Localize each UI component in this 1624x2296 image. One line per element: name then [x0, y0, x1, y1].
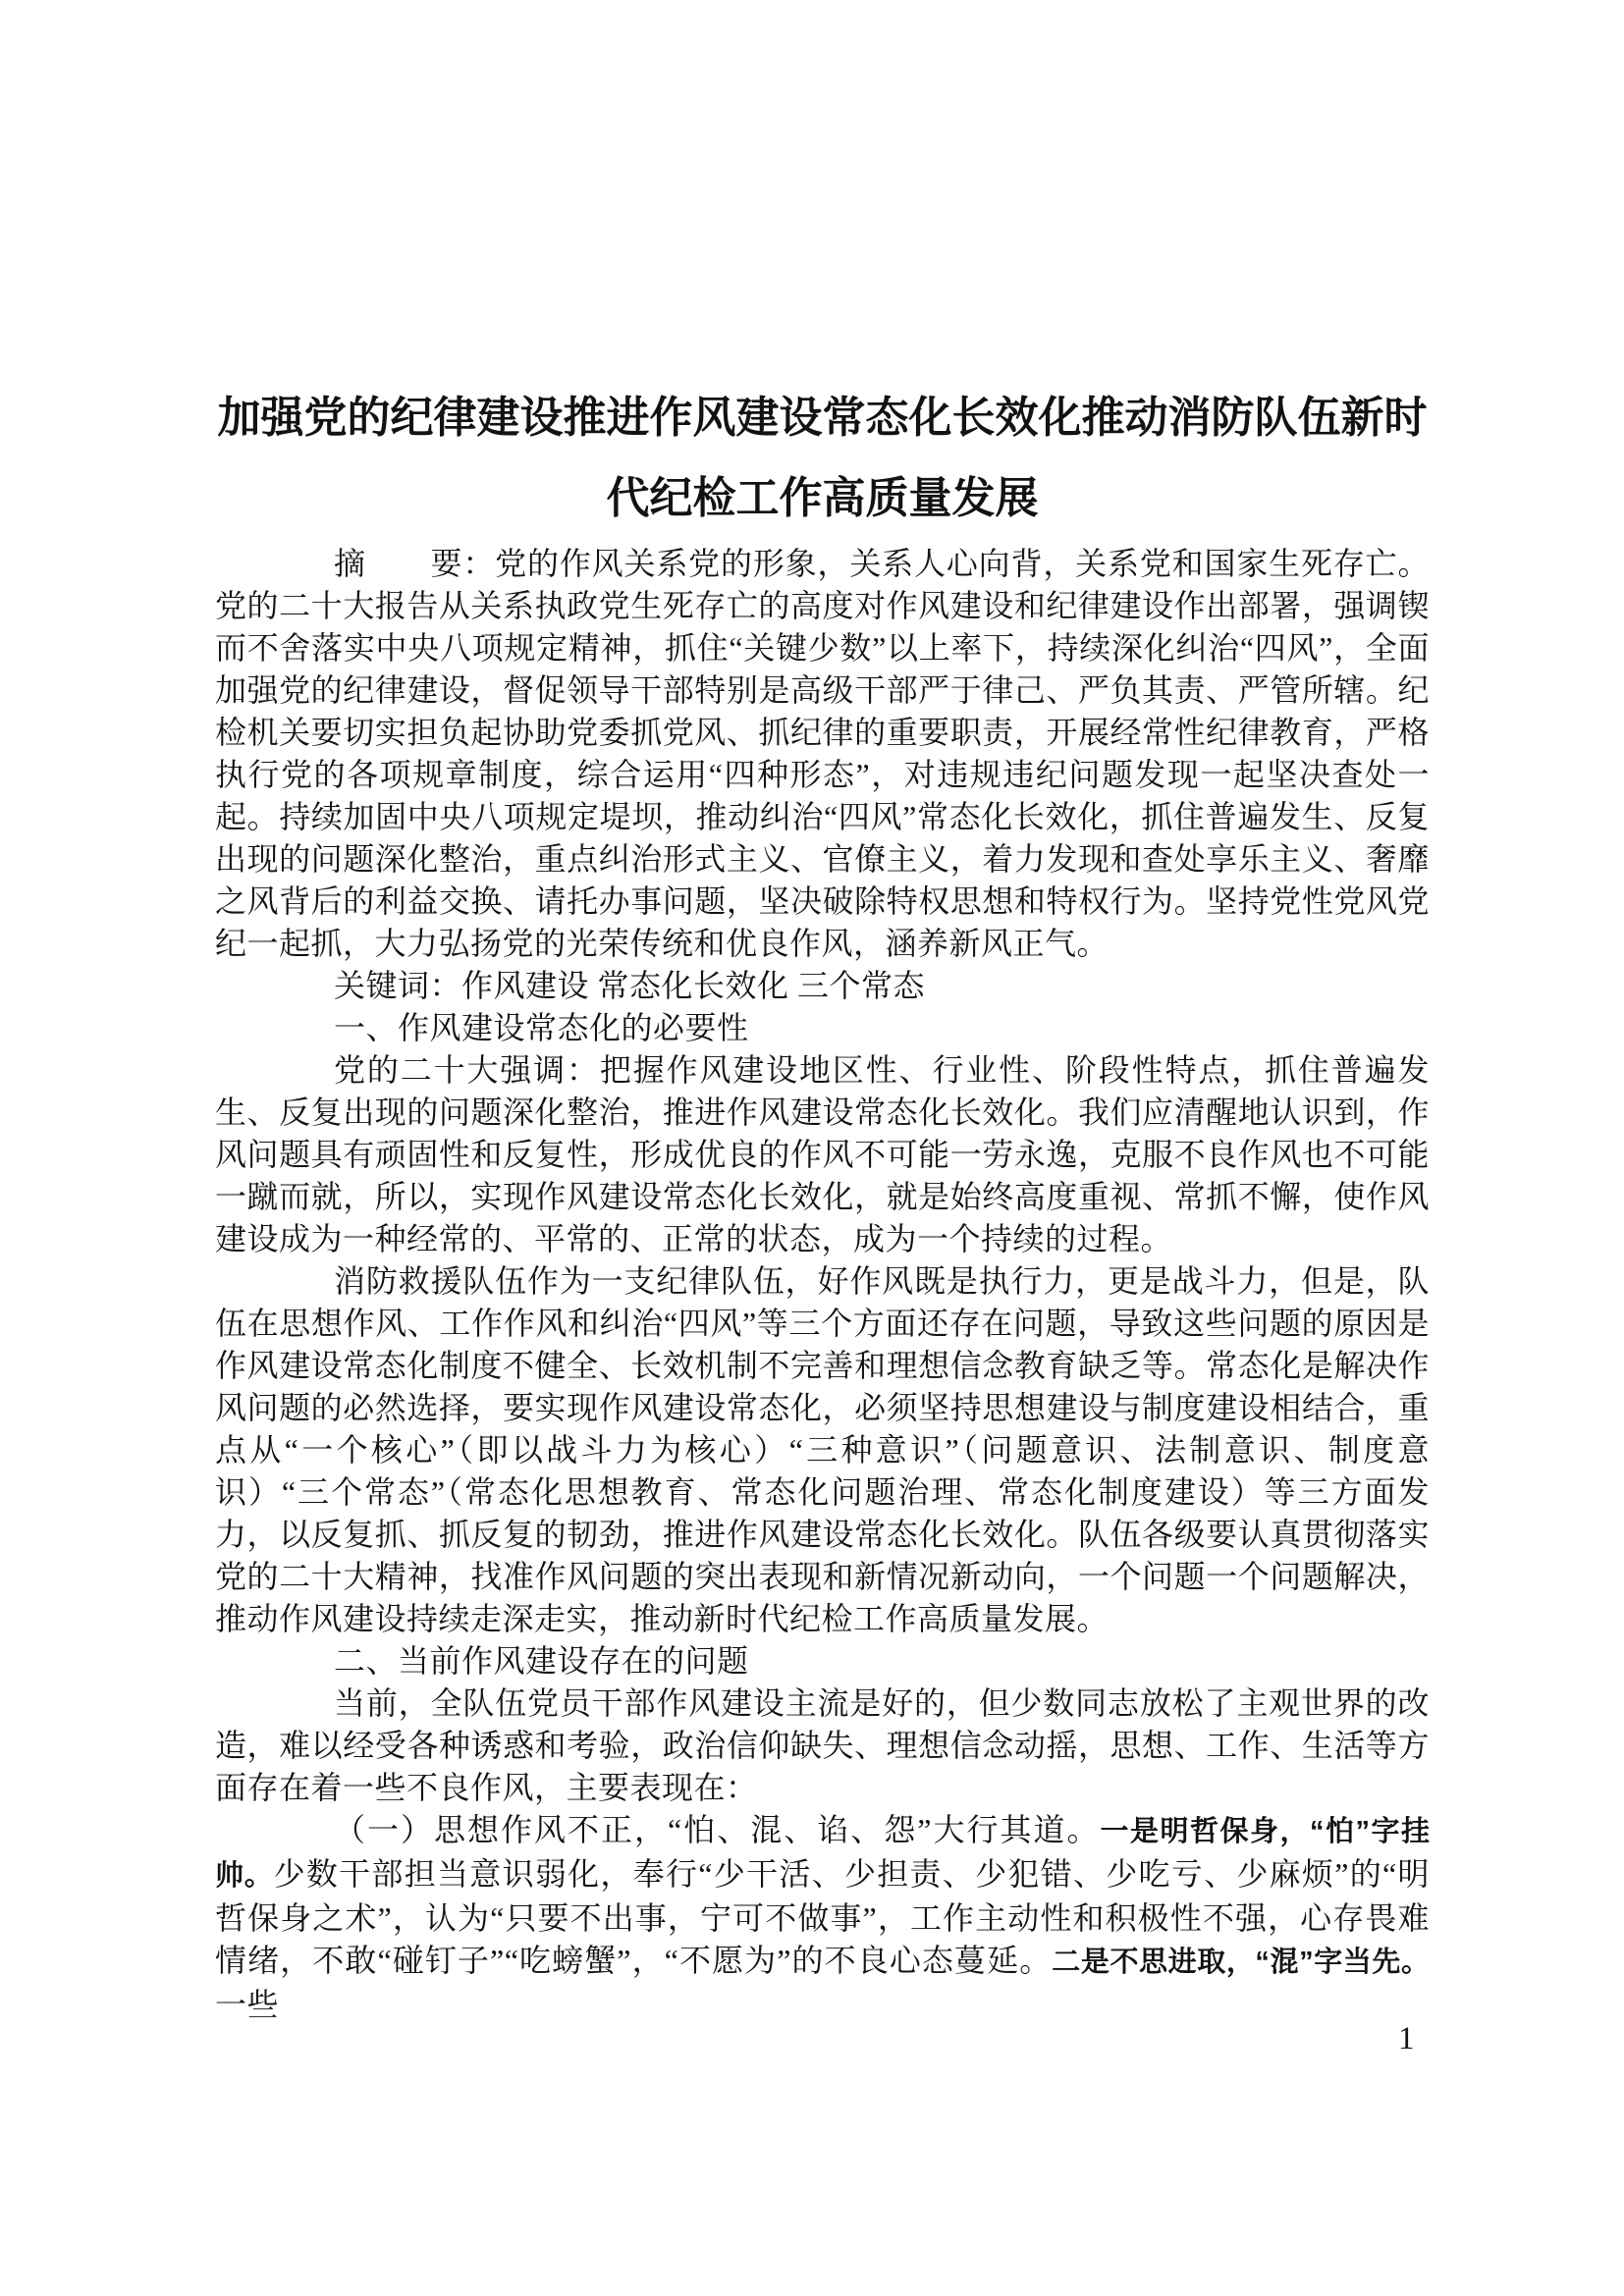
title-line-1: 加强党的纪律建设推进作风建设常态化长效化推动消防队伍新时	[215, 378, 1430, 458]
text-run-tail: 一些	[215, 1987, 279, 2022]
abstract-paragraph: 摘 要：党的作风关系党的形象，关系人心向背，关系党和国家生死存亡。党的二十大报告…	[215, 543, 1430, 965]
title-line-2: 代纪检工作高质量发展	[215, 458, 1430, 539]
document-page: 加强党的纪律建设推进作风建设常态化长效化推动消防队伍新时 代纪检工作高质量发展 …	[0, 0, 1624, 2296]
page-number: 1	[1398, 2018, 1415, 2060]
paragraph-necessity: 党的二十大强调：把握作风建设地区性、行业性、阶段性特点，抓住普遍发生、反复出现的…	[215, 1049, 1430, 1260]
section-heading-1: 一、作风建设常态化的必要性	[215, 1007, 1430, 1049]
paragraph-thought-style-issues: （一）思想作风不正，“怕、混、谄、怨”大行其道。一是明哲保身，“怕”字挂帅。少数…	[215, 1809, 1430, 2026]
document-body: 摘 要：党的作风关系党的形象，关系人心向背，关系党和国家生死存亡。党的二十大报告…	[215, 543, 1430, 2026]
document-title: 加强党的纪律建设推进作风建设常态化长效化推动消防队伍新时 代纪检工作高质量发展	[215, 378, 1430, 539]
paragraph-fire-rescue-team: 消防救援队伍作为一支纪律队伍，好作风既是执行力，更是战斗力，但是，队伍在思想作风…	[215, 1260, 1430, 1640]
section-heading-2: 二、当前作风建设存在的问题	[215, 1640, 1430, 1682]
bold-run-busi-jinqu: 二是不思进取，“混”字当先。	[1052, 1947, 1430, 1978]
text-run-intro: （一）思想作风不正，“怕、混、谄、怨”大行其道。	[334, 1812, 1100, 1847]
paragraph-current-problems: 当前，全队伍党员干部作风建设主流是好的，但少数同志放松了主观世界的改造，难以经受…	[215, 1682, 1430, 1809]
keywords-line: 关键词：作风建设 常态化长效化 三个常态	[215, 965, 1430, 1007]
